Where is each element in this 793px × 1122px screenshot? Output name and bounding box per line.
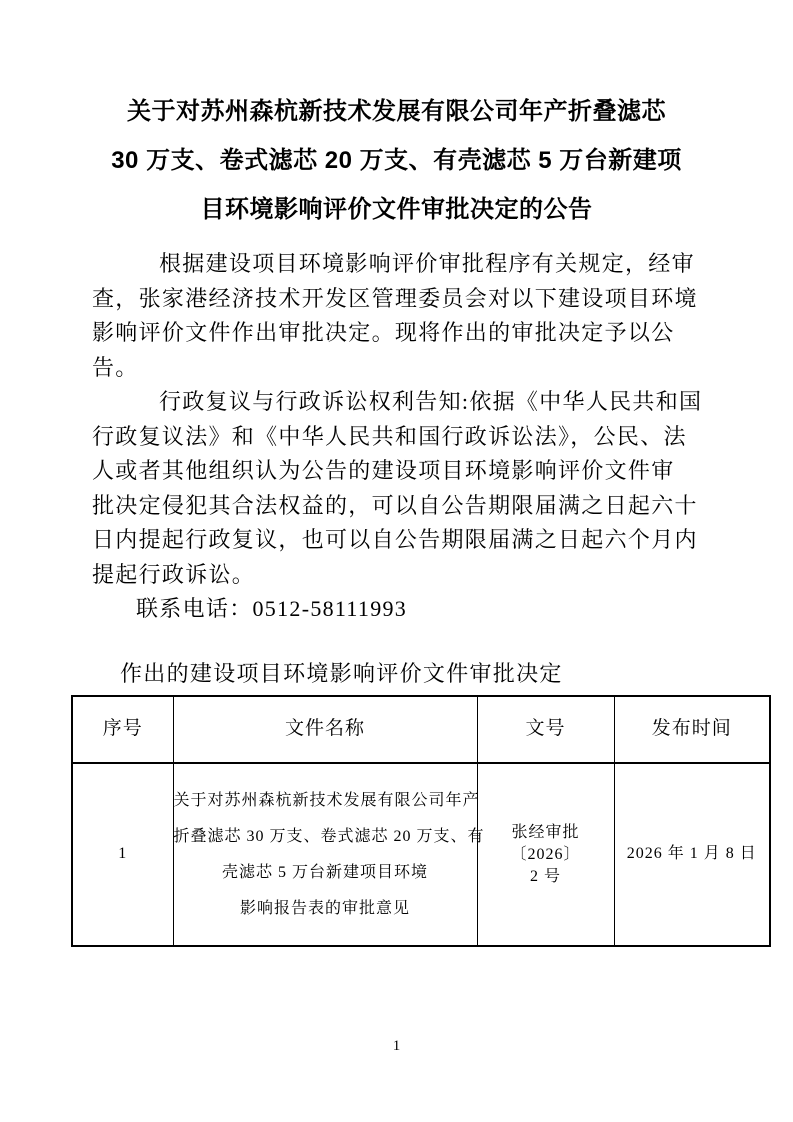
header-doc-number: 文号 <box>477 696 614 763</box>
header-row: 序号 文件名称 文号 发布时间 <box>72 696 770 763</box>
paragraph-legal-rights-notice: 行政复议与行政诉讼权利告知:依据《中华人民共和国行政复议法》和《中华人民共和国行… <box>92 385 706 592</box>
header-publish-date: 发布时间 <box>614 696 770 763</box>
page-number: 1 <box>0 1038 793 1055</box>
header-serial-number: 序号 <box>72 696 173 763</box>
paragraph-approval-basis: 根据建设项目环境影响评价审批程序有关规定，经审查，张家港经济技术开发区管理委员会… <box>92 247 706 385</box>
table-caption: 作出的建设项目环境影响评价文件审批决定 <box>92 657 706 692</box>
document-title: 关于对苏州森杭新技术发展有限公司年产折叠滤芯30 万支、卷式滤芯 20 万支、有… <box>0 87 793 234</box>
document-page: 关于对苏州森杭新技术发展有限公司年产折叠滤芯30 万支、卷式滤芯 20 万支、有… <box>0 0 793 1122</box>
spacer <box>92 627 706 657</box>
cell-file-name: 关于对苏州森杭新技术发展有限公司年产折叠滤芯 30 万支、卷式滤芯 20 万支、… <box>173 763 477 946</box>
cell-publish-date: 2026 年 1 月 8 日 <box>614 763 770 946</box>
decision-table-body: 1 关于对苏州森杭新技术发展有限公司年产折叠滤芯 30 万支、卷式滤芯 20 万… <box>72 763 770 946</box>
document-body: 根据建设项目环境影响评价审批程序有关规定，经审查，张家港经济技术开发区管理委员会… <box>92 247 706 947</box>
cell-serial-number: 1 <box>72 763 173 946</box>
cell-doc-number: 张经审批〔2026〕2 号 <box>477 763 614 946</box>
contact-phone-line: 联系电话：0512-58111993 <box>92 592 706 627</box>
table-row: 1 关于对苏州森杭新技术发展有限公司年产折叠滤芯 30 万支、卷式滤芯 20 万… <box>72 763 770 946</box>
decision-table: 序号 文件名称 文号 发布时间 1 关于对苏州森杭新技术发展有限公司年产折叠滤芯… <box>71 695 771 947</box>
header-file-name: 文件名称 <box>173 696 477 763</box>
decision-table-header: 序号 文件名称 文号 发布时间 <box>72 696 770 763</box>
